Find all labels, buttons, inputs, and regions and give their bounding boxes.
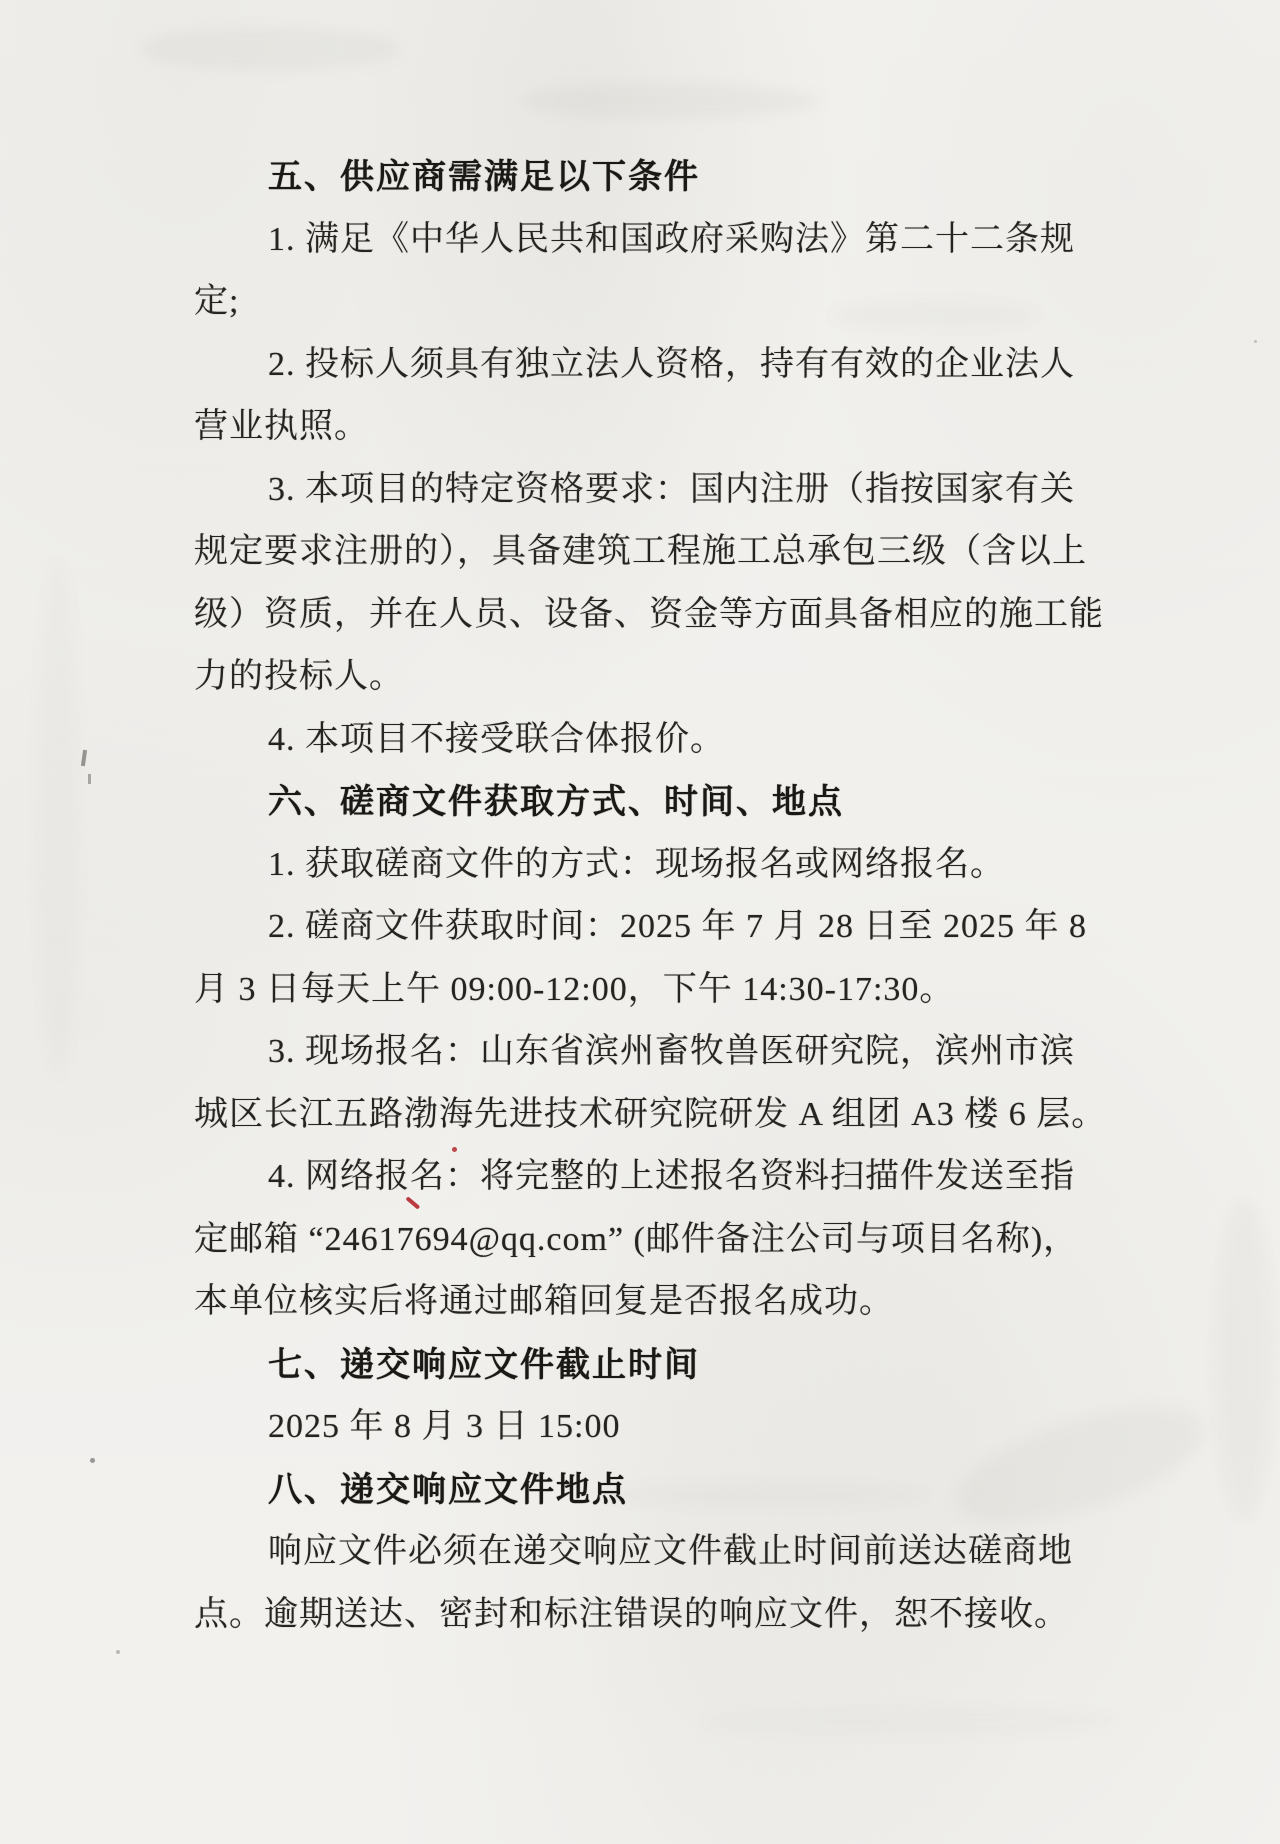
document-text-block: 五、供应商需满足以下条件1. 满足《中华人民共和国政府采购法》第二十二条规定;2… [0, 146, 1280, 1646]
text-line-4: 2. 投标人须具有独立法人资格，持有有效的企业法人 [0, 334, 1280, 397]
text-line-14: 月 3 日每天上午 09:00-12:00，下午 14:30-17:30。 [0, 959, 1280, 1022]
paper-speck [116, 1650, 120, 1654]
text-line-3: 定; [0, 271, 1280, 334]
heading-line-1: 五、供应商需满足以下条件 [0, 146, 1280, 209]
text-line-12: 1. 获取磋商文件的方式：现场报名或网络报名。 [0, 834, 1280, 897]
scan-smudge [140, 28, 400, 70]
text-line-24: 点。逾期送达、密封和标注错误的响应文件，恕不接收。 [0, 1584, 1280, 1647]
heading-line-20: 七、递交响应文件截止时间 [0, 1334, 1280, 1397]
text-line-8: 级）资质，并在人员、设备、资金等方面具备相应的施工能 [0, 584, 1280, 647]
scanned-document-page: 五、供应商需满足以下条件1. 满足《中华人民共和国政府采购法》第二十二条规定;2… [0, 0, 1280, 1844]
text-line-7: 规定要求注册的），具备建筑工程施工总承包三级（含以上 [0, 521, 1280, 584]
text-line-5: 营业执照。 [0, 396, 1280, 459]
text-line-19: 本单位核实后将通过邮箱回复是否报名成功。 [0, 1271, 1280, 1334]
text-line-10: 4. 本项目不接受联合体报价。 [0, 709, 1280, 772]
text-line-23: 响应文件必须在递交响应文件截止时间前送达磋商地 [0, 1521, 1280, 1584]
text-line-9: 力的投标人。 [0, 646, 1280, 709]
text-line-21: 2025 年 8 月 3 日 15:00 [0, 1396, 1280, 1459]
heading-line-22: 八、递交响应文件地点 [0, 1459, 1280, 1522]
text-line-2: 1. 满足《中华人民共和国政府采购法》第二十二条规 [0, 209, 1280, 272]
scan-smudge [700, 1706, 1120, 1736]
text-line-18: 定邮箱 “24617694@qq.com” (邮件备注公司与项目名称)， [0, 1209, 1280, 1272]
heading-line-11: 六、磋商文件获取方式、时间、地点 [0, 771, 1280, 834]
text-line-15: 3. 现场报名：山东省滨州畜牧兽医研究院，滨州市滨 [0, 1021, 1280, 1084]
red-pen-dot [452, 1147, 457, 1152]
text-line-16: 城区长江五路渤海先进技术研究院研发 A 组团 A3 楼 6 层。 [0, 1084, 1280, 1147]
text-line-13: 2. 磋商文件获取时间：2025 年 7 月 28 日至 2025 年 8 [0, 896, 1280, 959]
text-line-17: 4. 网络报名：将完整的上述报名资料扫描件发送至指 [0, 1146, 1280, 1209]
text-line-6: 3. 本项目的特定资格要求：国内注册（指按国家有关 [0, 459, 1280, 522]
scan-smudge [520, 84, 820, 118]
